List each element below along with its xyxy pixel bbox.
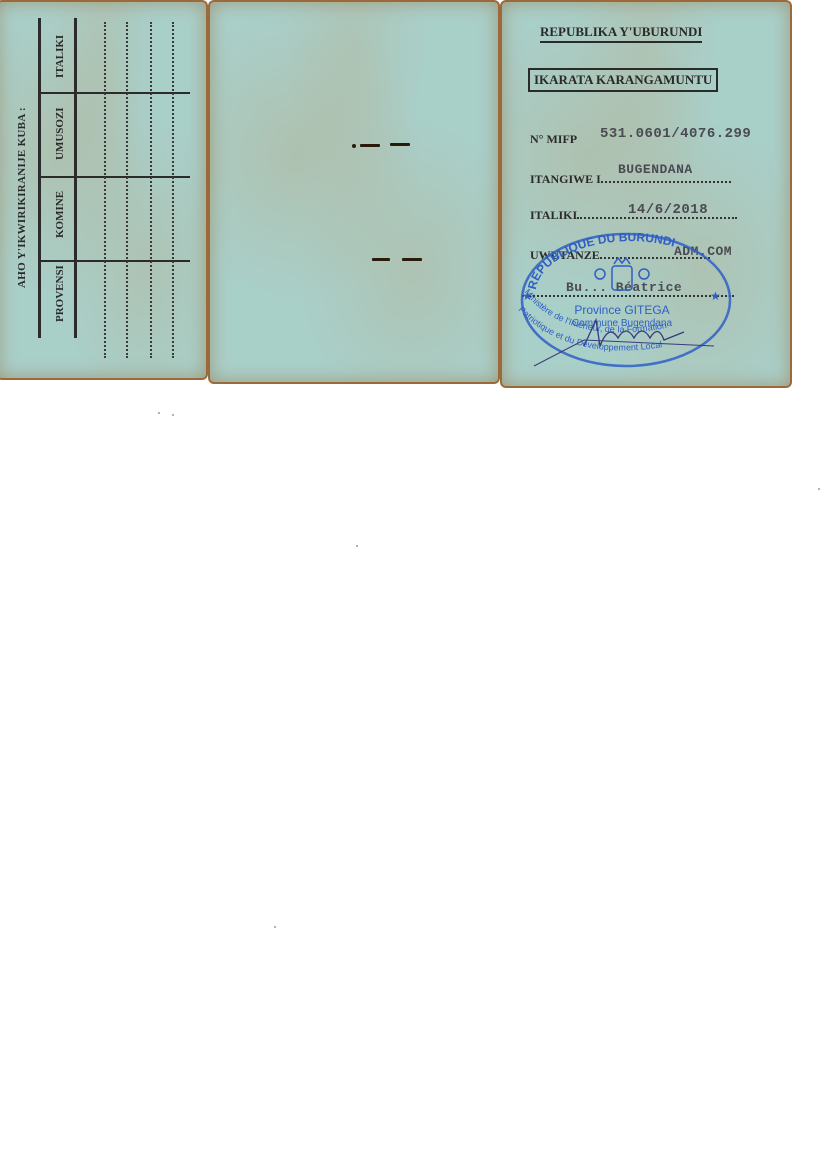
field-mifp-value: 531.0601/4076.299 <box>600 126 751 142</box>
field-name-value: Bu... Béatrice <box>566 280 682 295</box>
scan-speck <box>158 412 160 414</box>
table-row-line <box>150 22 152 358</box>
field-italiki-value: 14/6/2018 <box>628 202 708 218</box>
field-itangiwe-value: BUGENDANA <box>618 162 693 177</box>
residence-table: AHO Y'IKWIRIKIRANIJE KUBA : PROVENSI KOM… <box>0 2 206 378</box>
punch-hole <box>352 144 356 148</box>
label-text: UWUTANZE <box>530 248 600 262</box>
svg-text:Commune Bugendana: Commune Bugendana <box>572 318 673 329</box>
dotted-line <box>601 181 731 183</box>
card-back-middle-panel <box>208 0 500 384</box>
scan-speck <box>172 414 174 416</box>
label-text: N° MIFP <box>530 132 577 146</box>
label-text: ITANGIWE I <box>530 172 601 186</box>
column-umusozi: UMUSOZI <box>54 107 66 160</box>
column-provensi: PROVENSI <box>54 265 66 322</box>
table-row-line <box>172 22 174 358</box>
table-border-top <box>38 18 41 338</box>
table-divider-1 <box>40 260 190 262</box>
photo-slot <box>360 144 380 147</box>
photo-slot <box>372 258 390 261</box>
scan-speck <box>818 488 820 490</box>
table-divider-3 <box>40 92 190 94</box>
residence-table-title: AHO Y'IKWIRIKIRANIJE KUBA : <box>16 107 28 288</box>
svg-text:Province GITEGA: Province GITEGA <box>574 303 669 317</box>
column-komine: KOMINE <box>54 191 66 238</box>
label-text: ITALIKI <box>530 208 577 222</box>
column-italiki: ITALIKI <box>54 35 66 78</box>
table-border-header <box>74 18 77 338</box>
scan-speck <box>274 926 276 928</box>
photo-slot <box>402 258 422 261</box>
table-row-line <box>126 22 128 358</box>
card-back-left-panel: AHO Y'IKWIRIKIRANIJE KUBA : PROVENSI KOM… <box>0 0 208 380</box>
table-divider-2 <box>40 176 190 178</box>
svg-text:Patriotique et du Développemen: Patriotique et du Développement Local <box>517 304 663 352</box>
photo-slot <box>390 143 410 146</box>
table-row-line <box>104 22 106 358</box>
field-uwutanze-value: ADM.COM <box>674 244 732 259</box>
card-front-panel: REPUBLIKA Y'UBURUNDI IKARATA KARANGAMUNT… <box>500 0 792 388</box>
country-name: REPUBLIKA Y'UBURUNDI <box>540 24 702 43</box>
card-title: IKARATA KARANGAMUNTU <box>528 68 718 92</box>
scan-speck <box>356 545 358 547</box>
dotted-line <box>522 295 734 297</box>
field-mifp-label: N° MIFP <box>530 132 577 147</box>
